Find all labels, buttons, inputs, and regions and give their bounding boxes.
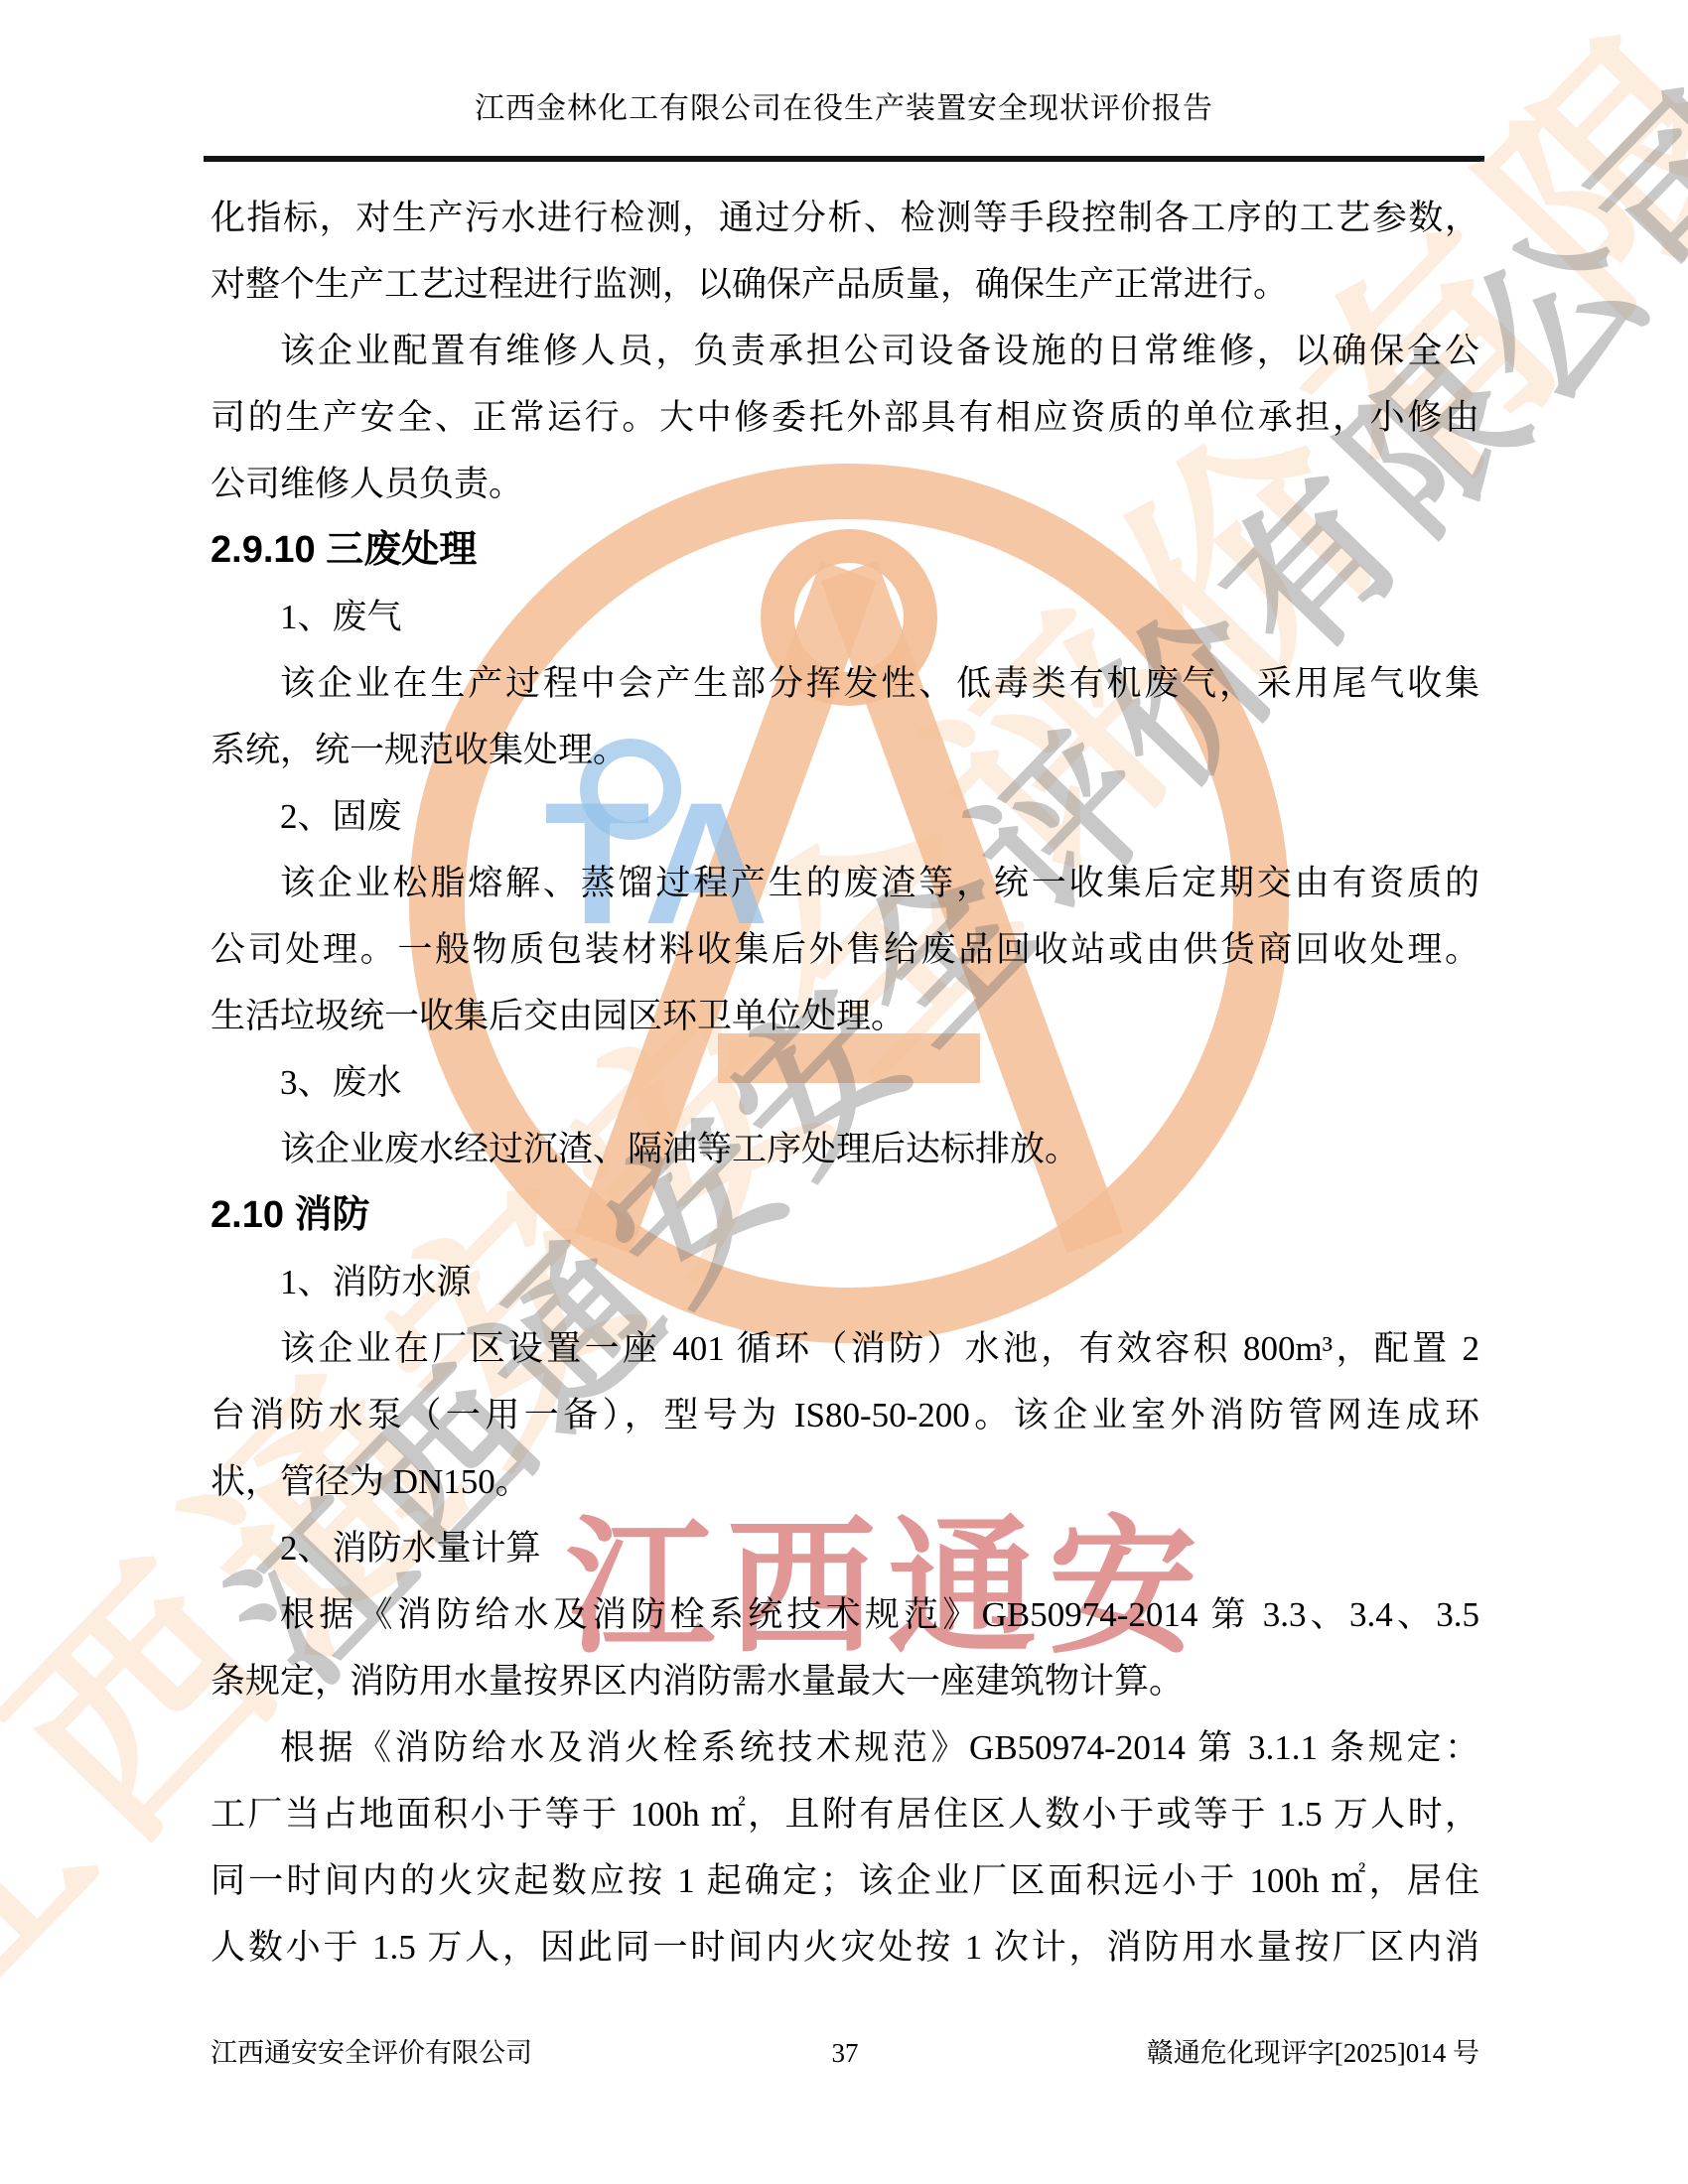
report-page: 江西通安安全评价有限公司 TA 江西通安安全评价有限公司 江西通安 江西金林化工…	[0, 0, 1688, 2184]
body-line: 根据《消防给水及消火栓系统技术规范》GB50974-2014 第 3.1.1 条…	[211, 1714, 1479, 1781]
body-line: 人数小于 1.5 万人，因此同一时间内火灾处按 1 次计，消防用水量按厂区内消	[211, 1914, 1479, 1980]
page-footer: 江西通安安全评价有限公司 37 赣通危化现评字[2025]014 号	[211, 2031, 1479, 2070]
body-line: 该企业配置有维修人员，负责承担公司设备设施的日常维修，以确保全公	[211, 318, 1479, 384]
footer-page-number: 37	[832, 2038, 859, 2069]
section-heading-fire-protection: 2.10 消防	[211, 1182, 1479, 1249]
body-line: 公司处理。一般物质包装材料收集后外售给废品回收站或由供货商回收处理。	[211, 916, 1479, 983]
list-label-waste-gas: 1、废气	[211, 584, 1479, 650]
body-line: 工厂当占地面积小于等于 100h ㎡，且附有居住区人数小于或等于 1.5 万人时…	[211, 1781, 1479, 1847]
body-line: 对整个生产工艺过程进行监测，以确保产品质量，确保生产正常进行。	[211, 251, 1479, 318]
body-line: 系统，统一规范收集处理。	[211, 717, 1479, 783]
header-rule	[204, 156, 1484, 162]
footer-company: 江西通安安全评价有限公司	[211, 2031, 832, 2070]
footer-doc-number: 赣通危化现评字[2025]014 号	[859, 2031, 1480, 2070]
list-label-fire-water-calc: 2、消防水量计算	[211, 1515, 1479, 1581]
body-line: 该企业在生产过程中会产生部分挥发性、低毒类有机废气，采用尾气收集	[211, 650, 1479, 717]
body-line: 该企业松脂熔解、蒸馏过程产生的废渣等，统一收集后定期交由有资质的	[211, 850, 1479, 916]
body-line: 该企业在厂区设置一座 401 循环（消防）水池，有效容积 800m³，配置 2	[211, 1315, 1479, 1382]
section-heading-three-wastes: 2.9.10 三废处理	[211, 517, 1479, 584]
body-line: 司的生产安全、正常运行。大中修委托外部具有相应资质的单位承担，小修由	[211, 384, 1479, 451]
body-line: 该企业废水经过沉渣、隔油等工序处理后达标排放。	[211, 1116, 1479, 1182]
body-line: 化指标，对生产污水进行检测，通过分析、检测等手段控制各工序的工艺参数，	[211, 185, 1479, 251]
body-line: 台消防水泵（一用一备），型号为 IS80-50-200。该企业室外消防管网连成环	[211, 1382, 1479, 1448]
list-label-waste-water: 3、废水	[211, 1049, 1479, 1116]
body-line: 状，管径为 DN150。	[211, 1448, 1479, 1515]
list-label-fire-water-source: 1、消防水源	[211, 1249, 1479, 1315]
page-header-title: 江西金林化工有限公司在役生产装置安全现状评价报告	[0, 83, 1688, 127]
document-body: 化指标，对生产污水进行检测，通过分析、检测等手段控制各工序的工艺参数， 对整个生…	[211, 185, 1479, 1980]
body-line: 公司维修人员负责。	[211, 451, 1479, 517]
body-line: 条规定，消防用水量按界区内消防需水量最大一座建筑物计算。	[211, 1648, 1479, 1714]
body-line: 生活垃圾统一收集后交由园区环卫单位处理。	[211, 983, 1479, 1049]
body-line: 根据《消防给水及消防栓系统技术规范》GB50974-2014 第 3.3、3.4…	[211, 1581, 1479, 1648]
body-line: 同一时间内的火灾起数应按 1 起确定；该企业厂区面积远小于 100h ㎡，居住	[211, 1847, 1479, 1914]
list-label-solid-waste: 2、固废	[211, 783, 1479, 850]
